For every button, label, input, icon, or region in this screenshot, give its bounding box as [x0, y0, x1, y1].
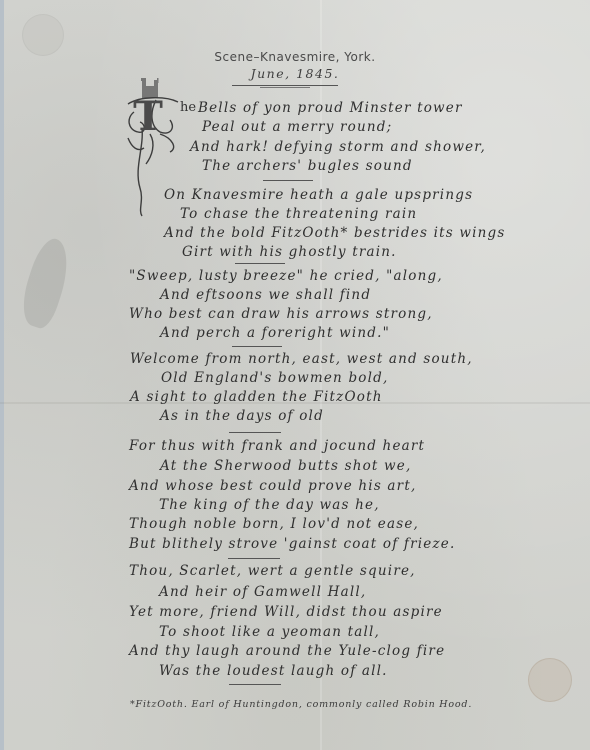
poem-line: Was the loudest laugh of all.	[159, 663, 388, 679]
stanza-divider	[232, 346, 282, 347]
poem-line: Welcome from north, east, west and south…	[130, 351, 473, 367]
poem-body: Bells of yon proud Minster tower Peal ou…	[0, 0, 590, 750]
poem-line: The archers' bugles sound	[202, 158, 413, 174]
document-page: Scene–Knavesmire, York. June, 1845. T he…	[0, 0, 590, 750]
poem-line: And thy laugh around the Yule-clog fire	[129, 643, 445, 659]
poem-line: Old England's bowmen bold,	[161, 370, 388, 386]
poem-line: And heir of Gamwell Hall,	[159, 584, 366, 600]
poem-line: To shoot like a yeoman tall,	[159, 624, 380, 640]
poem-line: And whose best could prove his art,	[129, 478, 416, 494]
poem-line: And perch a foreright wind."	[160, 325, 390, 341]
poem-line: At the Sherwood butts shot we,	[160, 458, 411, 474]
poem-line: A sight to gladden the FitzOoth	[130, 389, 383, 405]
poem-line: Who best can draw his arrows strong,	[129, 306, 433, 322]
poem-line: Girt with his ghostly train.	[182, 244, 397, 260]
poem-line: "Sweep, lusty breeze" he cried, "along,	[129, 268, 443, 284]
poem-line: For thus with frank and jocund heart	[129, 438, 425, 454]
poem-line: But blithely strove 'gainst coat of frie…	[129, 536, 455, 552]
poem-line: And hark! defying storm and shower,	[190, 139, 486, 155]
stanza-divider	[229, 684, 281, 685]
poem-line: Peal out a merry round;	[202, 119, 392, 135]
footnote: *FitzOoth. Earl of Huntingdon, commonly …	[130, 699, 472, 710]
poem-line: Though noble born, I lov'd not ease,	[129, 516, 419, 532]
stanza-divider	[228, 558, 280, 559]
poem-line: On Knavesmire heath a gale upsprings	[164, 187, 473, 203]
poem-line: And the bold FitzOoth* bestrides its win…	[164, 225, 505, 241]
poem-line: The king of the day was he,	[159, 497, 380, 513]
stanza-divider	[263, 180, 313, 181]
stanza-divider	[235, 263, 285, 264]
poem-line: Thou, Scarlet, wert a gentle squire,	[129, 563, 416, 579]
poem-line: And eftsoons we shall find	[160, 287, 371, 303]
poem-line: Bells of yon proud Minster tower	[198, 100, 463, 116]
poem-line: As in the days of old	[160, 408, 324, 424]
poem-line: Yet more, friend Will, didst thou aspire	[129, 604, 443, 620]
stanza-divider	[229, 432, 281, 433]
poem-line: To chase the threatening rain	[180, 206, 417, 222]
